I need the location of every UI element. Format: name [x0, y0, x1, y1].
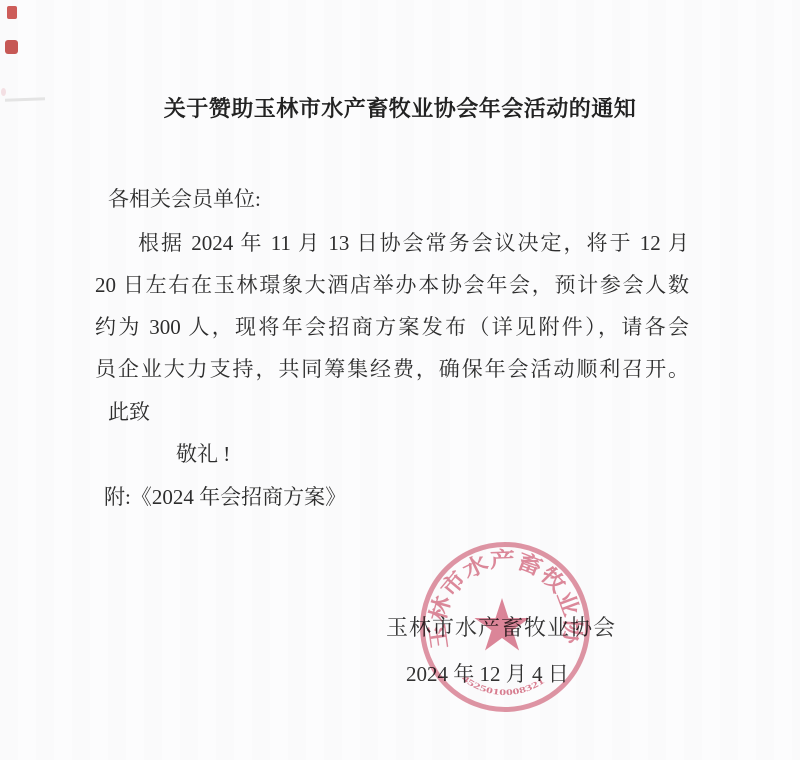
- scanned-notice-page: 关于赞助玉林市水产畜牧业协会年会活动的通知 各相关会员单位: 根据 2024 年…: [0, 0, 800, 760]
- issuer-signature: 玉林市水产畜牧业协会: [386, 611, 616, 642]
- corner-red-mark-icon: [7, 6, 17, 19]
- closing-respect: 此致: [108, 396, 150, 426]
- notice-title: 关于赞助玉林市水产畜牧业协会年会活动的通知: [0, 92, 800, 123]
- salutation-line: 各相关会员单位:: [108, 183, 261, 213]
- attachment-line: 附:《2024 年会招商方案》: [104, 481, 346, 511]
- body-line-3: 约为 300 人，现将年会招商方案发布（详见附件），请各会: [95, 311, 689, 343]
- corner-red-stamp-icon: [5, 40, 18, 54]
- body-line-1: 根据 2024 年 11 月 13 日协会常务会议决定，将于 12 月: [95, 227, 689, 259]
- issue-date: 2024 年 12 月 4 日: [406, 658, 569, 688]
- body-line-4: 员企业大力支持，共同筹集经费，确保年会活动顺利召开。: [95, 353, 689, 385]
- closing-salute: 敬礼 !: [176, 438, 230, 468]
- body-line-2: 20 日左右在玉林璟象大酒店举办本协会年会，预计参会人数: [95, 269, 689, 301]
